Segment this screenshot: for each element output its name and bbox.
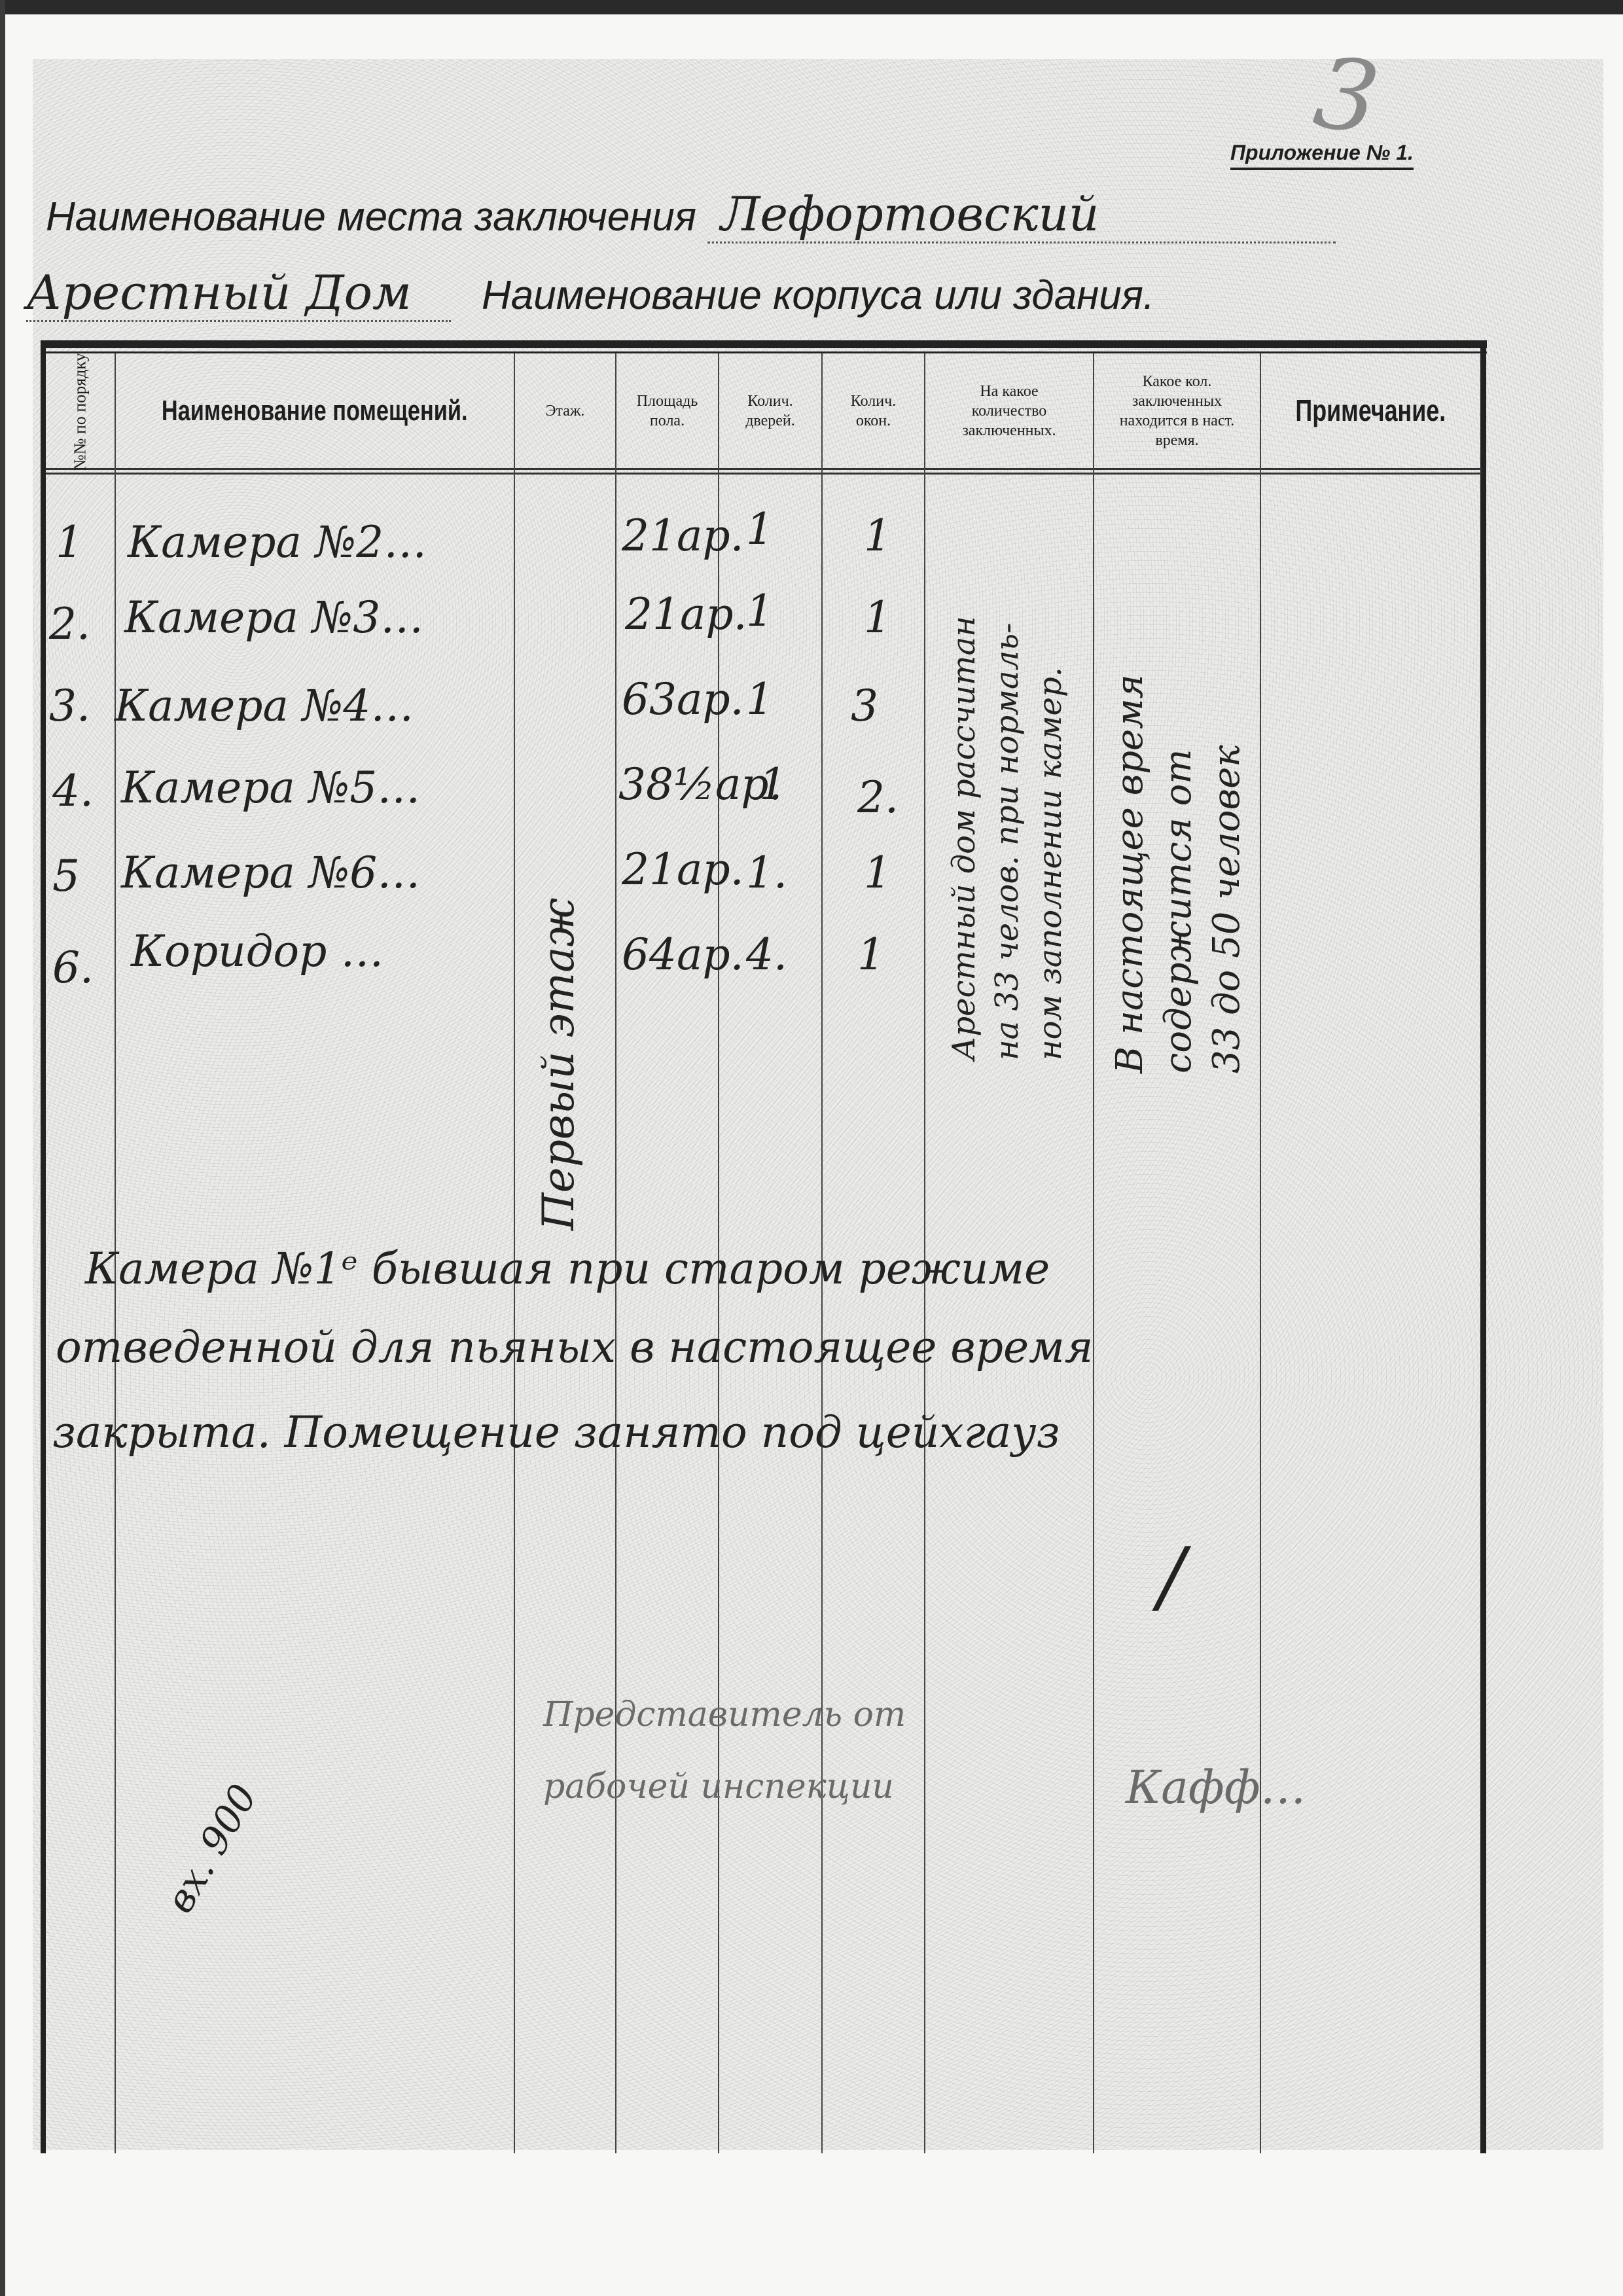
signature-title-2: рабочей инспекции	[543, 1767, 894, 1806]
header-capacity: На какое количество заключенных.	[925, 357, 1093, 465]
title-place-line: Наименование места заключения Лефортовск…	[46, 187, 1336, 243]
header-floor: Этаж.	[515, 357, 615, 465]
table-border-top	[41, 340, 1487, 348]
place-label: Наименование места заключения	[46, 194, 696, 240]
window-count: 2.	[857, 772, 899, 823]
header-notes: Примечание.	[1261, 357, 1480, 465]
header-area: Площадь пола.	[616, 357, 718, 465]
current-line: 33 до 50 человек	[1203, 674, 1251, 1073]
door-count: 1.	[746, 848, 787, 898]
note-line-1: Камера №1ᵉ бывшая при старом режиме	[85, 1244, 1050, 1294]
floor-merged: Первый этаж	[533, 898, 584, 1230]
header-doors: Колич. дверей.	[719, 357, 821, 465]
capacity-line: на 33 челов. при нормаль-	[986, 616, 1029, 1060]
room-area: 21ар.	[625, 589, 747, 639]
header-current-label: Какое кол. заключенных находится в наст.…	[1114, 372, 1240, 450]
title-building-line: Арестный Дом Наименование корпуса или зд…	[26, 265, 1154, 322]
room-name: Камера №6…	[121, 848, 420, 898]
header-divider	[46, 468, 1482, 470]
header-no-label: №№ по порядку.	[71, 351, 90, 471]
room-name: Камера №4…	[115, 681, 414, 731]
note-line-3: закрыта. Помещение занято под цейхгауз	[52, 1407, 1060, 1458]
room-area: 63ар.	[622, 674, 744, 725]
table-border-top-inner	[41, 351, 1487, 353]
header-windows: Колич. окон.	[823, 357, 924, 465]
door-count: 1	[759, 759, 787, 810]
tick-mark: /	[1158, 1532, 1185, 1623]
header-name: Наименование помещений.	[116, 357, 514, 465]
header-capacity-label: На какое количество заключенных.	[948, 382, 1070, 440]
scan-edge-top	[0, 0, 1623, 14]
capacity-line: Арестный дом рассчитан	[942, 616, 986, 1060]
signature-title-1: Представитель от	[543, 1695, 906, 1734]
scan-edge-left	[0, 0, 5, 2296]
place-value: Лефортовский	[707, 187, 1336, 243]
row-number: 4.	[52, 766, 94, 816]
table-border-left	[41, 340, 46, 2153]
column-divider	[1260, 353, 1261, 2153]
header-divider-inner	[46, 473, 1482, 475]
door-count: 1	[746, 504, 774, 554]
door-count: 1	[746, 674, 774, 725]
header-floor-label: Этаж.	[546, 401, 585, 421]
window-count: 1	[864, 511, 891, 561]
row-number: 5	[52, 851, 80, 901]
capacity-line: ном заполнении камер.	[1029, 616, 1072, 1060]
column-divider	[1093, 353, 1094, 2153]
header-no: №№ по порядку.	[46, 357, 115, 465]
window-count: 3	[851, 681, 878, 731]
header-name-label: Наименование помещений.	[162, 393, 468, 429]
room-name: Камера №2…	[128, 517, 427, 567]
table-border-right	[1480, 340, 1486, 2153]
current-line: В настоящее время	[1106, 674, 1154, 1073]
room-area: 38½ар.	[618, 759, 783, 810]
door-count: 4.	[746, 929, 787, 980]
header-notes-label: Примечание.	[1296, 392, 1446, 430]
note-line-2: отведенной для пьяных в настоящее время	[56, 1322, 1093, 1372]
current-line: содержится от	[1154, 674, 1203, 1073]
row-number: 3.	[49, 681, 90, 731]
room-name: Камера №3…	[124, 592, 423, 643]
current-merged: В настоящее время содержится от 33 до 50…	[1106, 674, 1251, 1073]
door-count: 1	[746, 586, 774, 636]
building-label: Наименование корпуса или здания.	[482, 273, 1154, 318]
capacity-merged: Арестный дом рассчитан на 33 челов. при …	[942, 616, 1072, 1060]
window-count: 1	[864, 848, 891, 898]
appendix-label: Приложение № 1.	[1230, 141, 1414, 170]
signature: Кафф…	[1126, 1761, 1306, 1814]
row-number: 1	[56, 517, 83, 567]
header-doors-label: Колич. дверей.	[736, 391, 805, 431]
room-name: Камера №5…	[121, 762, 420, 813]
row-number: 6.	[52, 942, 94, 993]
room-name: Коридор …	[131, 926, 383, 977]
window-count: 1	[857, 929, 885, 980]
room-area: 64ар.	[622, 929, 744, 980]
header-area-label: Площадь пола.	[633, 391, 702, 431]
header-current: Какое кол. заключенных находится в наст.…	[1094, 357, 1260, 465]
row-number: 2.	[49, 599, 90, 649]
room-area: 21ар.	[622, 844, 744, 895]
room-area: 21ар.	[622, 511, 744, 561]
header-windows-label: Колич. окон.	[842, 391, 904, 431]
window-count: 1	[864, 592, 891, 643]
place-value-continued: Арестный Дом	[26, 265, 451, 322]
